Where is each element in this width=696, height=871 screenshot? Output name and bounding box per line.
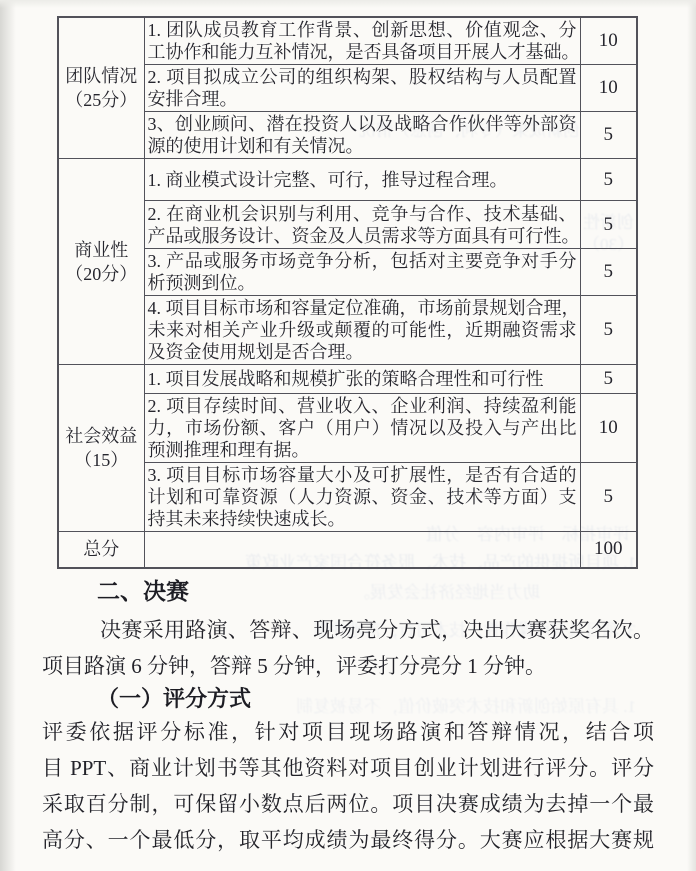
criteria-cell: 2. 项目存续时间、营业收入、企业利润、持续盈利能 力，市场份额、客户（用户）情…: [144, 394, 580, 463]
criteria-text: 预测推理和理有据。: [148, 439, 577, 461]
section-label-line: （25分）: [59, 88, 144, 112]
criteria-text: 力，市场份额、客户（用户）情况以及投入与产出比: [148, 417, 577, 439]
score-cell: 5: [580, 112, 637, 159]
criteria-cell: 3、创业顾问、潜在投资人以及战略合作伙伴等外部资 源的使用计划和有关情况。: [144, 112, 580, 159]
scan-edge-shadow-left: [0, 0, 16, 871]
section-label-line: （15）: [59, 448, 144, 472]
criteria-text: 工协作和能力互补情况，是否具备项目开展人才基础。: [148, 41, 577, 63]
score-cell: 10: [580, 65, 637, 112]
section-label-team: 团队情况 （25分）: [58, 17, 144, 159]
scan-edge-shadow-right: [687, 0, 696, 871]
scoring-rubric-table: 团队情况 （25分） 1. 团队成员教育工作背景、创新思想、价值观念、分 工协作…: [57, 16, 638, 569]
criteria-text: 3、创业顾问、潜在投资人以及战略合作伙伴等外部资: [148, 113, 577, 135]
scanned-document-page: 创新成果（专利、创意）情况 创新性（30） 评审指标 评审内容 分值 1. 项目…: [0, 0, 696, 871]
total-label-cell: 总分: [58, 532, 144, 568]
criteria-text: 2. 在商业机会识别与利用、竞争与合作、技术基础、: [148, 203, 577, 225]
paragraph-line: 目 PPT、商业计划书等其他资料对项目创业计划进行评分。评分: [42, 750, 654, 786]
criteria-text: 持其未来持续快速成长。: [148, 508, 577, 530]
score-cell: 10: [580, 17, 637, 65]
section-heading-final-round: 二、决赛: [97, 576, 654, 606]
criteria-cell: 2. 在商业机会识别与利用、竞争与合作、技术基础、 产品或服务设计、资金及人员需…: [144, 201, 580, 249]
criteria-text: 1. 项目发展战略和规模扩张的策略合理性和可行性: [148, 368, 577, 390]
paragraph-line: 项目路演 6 分钟，答辩 5 分钟，评委打分亮分 1 分钟。: [42, 648, 654, 684]
section-label-line: 商业性: [59, 238, 144, 262]
paragraph-line: 评委依据评分标准，针对项目现场路演和答辩情况，结合项: [42, 714, 654, 750]
score-cell: 5: [580, 365, 637, 394]
criteria-text: 产品或服务设计、资金及人员需求等方面具有可行性。: [148, 225, 577, 247]
section-label-commercial: 商业性 （20分）: [58, 159, 144, 365]
criteria-cell: 2. 项目拟成立公司的组织构架、股权结构与人员配置 安排合理。: [144, 65, 580, 112]
criteria-text: 3. 产品或服务市场竞争分析，包括对主要竞争对手分: [148, 250, 577, 272]
criteria-text: 安排合理。: [148, 88, 577, 110]
criteria-text: 及资金使用规划是否合理。: [148, 341, 577, 363]
document-body: 二、决赛 决赛采用路演、答辩、现场亮分方式，决出大赛获奖名次。 项目路演 6 分…: [42, 566, 654, 858]
criteria-cell: 3. 产品或服务市场竞争分析，包括对主要竞争对手分 析预测到位。: [144, 249, 580, 296]
paragraph-line: 高分、一个最低分，取平均成绩为最终得分。大赛应根据大赛规: [42, 822, 654, 858]
score-cell: 5: [580, 249, 637, 296]
section-label-social: 社会效益 （15）: [58, 365, 144, 532]
criteria-text: 1. 商业模式设计完整、可行，推导过程合理。: [148, 169, 577, 191]
criteria-text: 3. 项目目标市场容量大小及可扩展性，是否有合适的: [148, 464, 577, 486]
score-cell: 10: [580, 394, 637, 463]
criteria-cell: 1. 团队成员教育工作背景、创新思想、价值观念、分 工协作和能力互补情况，是否具…: [144, 17, 580, 65]
criteria-text: 2. 项目拟成立公司的组织构架、股权结构与人员配置: [148, 66, 577, 88]
score-cell: 5: [580, 159, 637, 201]
criteria-text: 未来对相关产业升级或颠覆的可能性，近期融资需求: [148, 319, 577, 341]
criteria-cell: 1. 商业模式设计完整、可行，推导过程合理。: [144, 159, 580, 201]
section-label-line: （20分）: [59, 262, 144, 286]
score-cell: 5: [580, 296, 637, 365]
section-label-line: 团队情况: [59, 64, 144, 88]
section-label-line: 社会效益: [59, 424, 144, 448]
criteria-text: 源的使用计划和有关情况。: [148, 135, 577, 157]
total-score-cell: 100: [580, 532, 637, 568]
subsection-heading-scoring-method: （一）评分方式: [97, 684, 654, 714]
criteria-cell: 1. 项目发展战略和规模扩张的策略合理性和可行性: [144, 365, 580, 394]
criteria-text: 2. 项目存续时间、营业收入、企业利润、持续盈利能: [148, 395, 577, 417]
paragraph-line: 决赛采用路演、答辩、现场亮分方式，决出大赛获奖名次。: [42, 612, 654, 648]
score-cell: 5: [580, 201, 637, 249]
score-cell: 5: [580, 463, 637, 532]
criteria-text: 4. 项目目标市场和容量定位准确，市场前景规划合理，: [148, 297, 577, 319]
criteria-text: 1. 团队成员教育工作背景、创新思想、价值观念、分: [148, 19, 577, 41]
empty-cell: [144, 532, 580, 568]
criteria-text: 析预测到位。: [148, 272, 577, 294]
paragraph-scoring-method: 评委依据评分标准，针对项目现场路演和答辩情况，结合项 目 PPT、商业计划书等其…: [42, 714, 654, 858]
criteria-cell: 3. 项目目标市场容量大小及可扩展性，是否有合适的 计划和可靠资源（人力资源、资…: [144, 463, 580, 532]
paragraph-line: 采取百分制，可保留小数点后两位。项目决赛成绩为去掉一个最: [42, 786, 654, 822]
scan-edge-shadow-top: [0, 0, 696, 8]
paragraph-final-round: 决赛采用路演、答辩、现场亮分方式，决出大赛获奖名次。 项目路演 6 分钟，答辩 …: [42, 612, 654, 684]
criteria-cell: 4. 项目目标市场和容量定位准确，市场前景规划合理， 未来对相关产业升级或颠覆的…: [144, 296, 580, 365]
criteria-text: 计划和可靠资源（人力资源、资金、技术等方面）支: [148, 486, 577, 508]
